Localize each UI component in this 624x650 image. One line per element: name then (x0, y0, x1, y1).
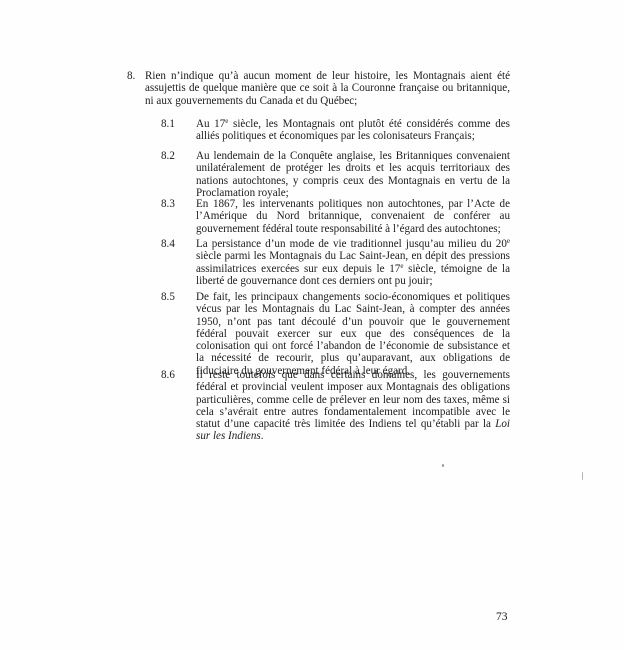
subparagraph-8-4: 8.4 La persistance d’un mode de vie trad… (161, 238, 510, 287)
subparagraph-text: De fait, les principaux changements soci… (196, 291, 510, 377)
scan-speck (582, 472, 583, 480)
scan-speck (442, 464, 444, 467)
subparagraph-number: 8.3 (161, 198, 175, 210)
paragraph-text: Rien n’indique qu’à aucun moment de leur… (145, 70, 510, 107)
subparagraph-number: 8.1 (161, 118, 175, 130)
superscript: e (507, 237, 510, 245)
subparagraph-text: Au 17e siècle, les Montagnais ont plutôt… (196, 118, 510, 143)
text-segment: . (261, 430, 264, 442)
text-segment: siècle, les Montagnais ont plutôt été co… (196, 118, 510, 142)
subparagraph-text: La persistance d’un mode de vie traditio… (196, 238, 510, 287)
subparagraph-8-6: 8.6 Il reste toutefois que dans certains… (161, 369, 510, 443)
subparagraph-text: En 1867, les intervenants politiques non… (196, 198, 510, 235)
subparagraph-number: 8.4 (161, 238, 175, 250)
subparagraph-number: 8.2 (161, 150, 175, 162)
paragraph-number: 8. (127, 70, 135, 82)
subparagraph-8-1: 8.1 Au 17e siècle, les Montagnais ont pl… (161, 118, 510, 143)
text-segment: La persistance d’un mode de vie traditio… (196, 238, 507, 250)
text-segment: Au 17 (196, 118, 225, 130)
subparagraph-8-2: 8.2 Au lendemain de la Conquête anglaise… (161, 150, 510, 199)
paragraph-8: 8. Rien n’indique qu’à aucun moment de l… (127, 70, 510, 107)
document-page: 8. Rien n’indique qu’à aucun moment de l… (0, 0, 624, 650)
subparagraph-number: 8.6 (161, 369, 175, 381)
page-number: 73 (496, 611, 508, 623)
subparagraph-number: 8.5 (161, 291, 175, 303)
subparagraph-text: Au lendemain de la Conquête anglaise, le… (196, 150, 510, 199)
text-segment: Il reste toutefois que dans certains dom… (196, 369, 510, 430)
subparagraph-8-3: 8.3 En 1867, les intervenants politiques… (161, 198, 510, 235)
subparagraph-text: Il reste toutefois que dans certains dom… (196, 369, 510, 443)
subparagraph-8-5: 8.5 De fait, les principaux changements … (161, 291, 510, 377)
